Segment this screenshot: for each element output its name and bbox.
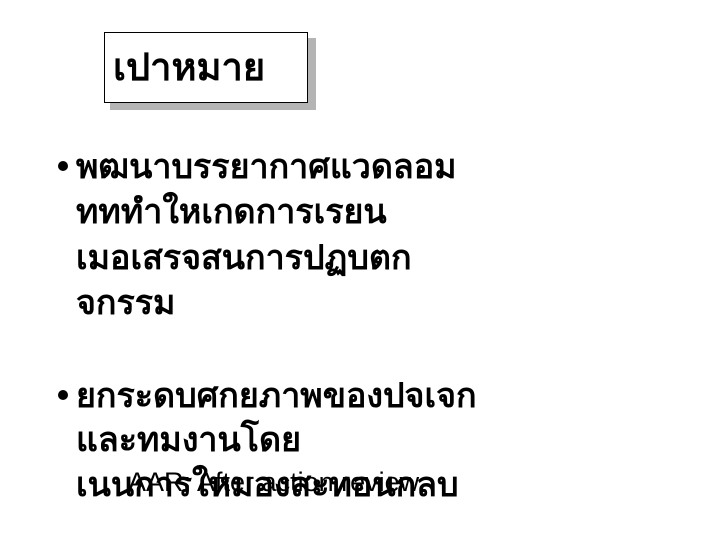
slide: เปาหมาย พฒนาบรรยากาศแวดลอม ทททำใหเกดการเ…	[0, 0, 720, 540]
bullet-2-line-2: และทมงานโดย	[76, 418, 301, 462]
bullet-1-line-1: พฒนาบรรยากาศแวดลอม	[76, 145, 457, 189]
bullet-dot-icon	[58, 161, 68, 171]
bullet-2-line-1: ยกระดบศกยภาพของปจเจก	[76, 374, 477, 418]
title-box: เปาหมาย	[104, 32, 308, 103]
aar-overlay-text: AAR: After action review	[128, 466, 419, 498]
bullet-1-line-4: จกรรม	[76, 281, 175, 325]
bullet-1-line-3: เมอเสรจสนการปฏบตก	[76, 236, 412, 280]
bullet-dot-icon	[58, 390, 68, 400]
slide-title: เปาหมาย	[113, 39, 265, 95]
bullet-1-line-2: ทททำใหเกดการเรยน	[76, 190, 387, 234]
